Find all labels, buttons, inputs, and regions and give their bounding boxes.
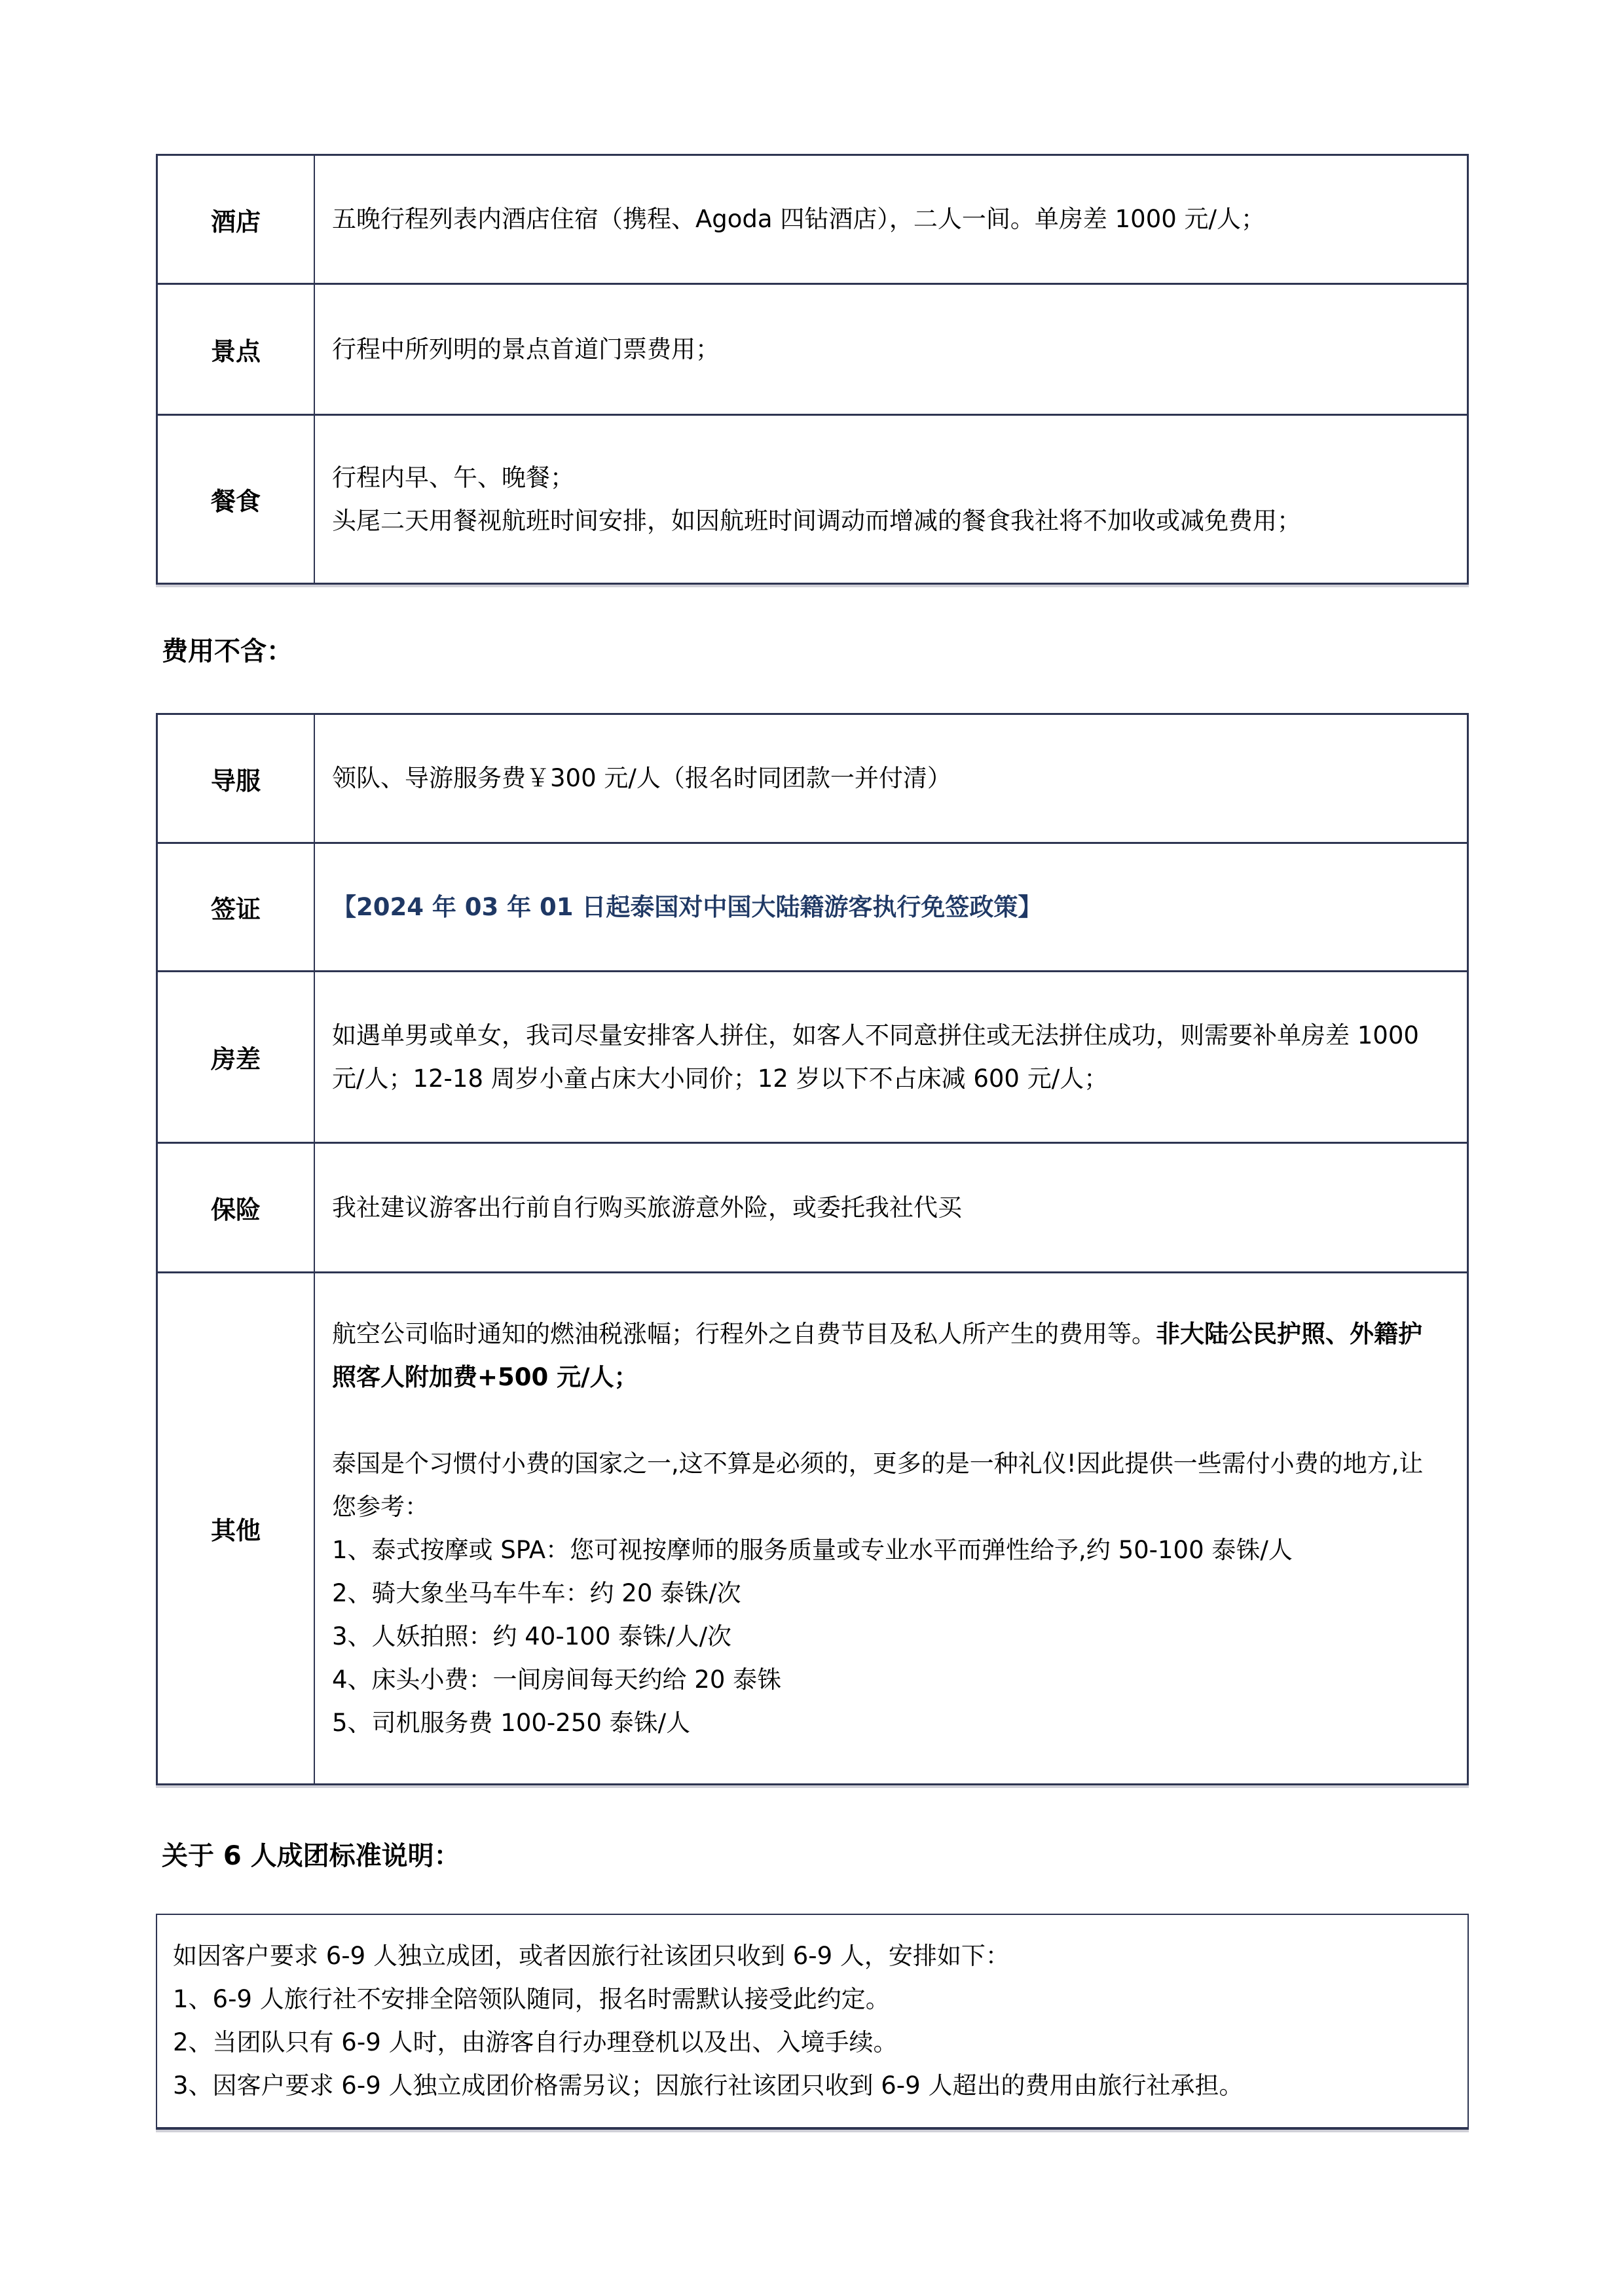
room-diff-row-label: 房差 (158, 972, 315, 1142)
table-row-other: 其他 航空公司临时通知的燃油税涨幅；行程外之自费节目及私人所产生的费用等。非大陆… (158, 1273, 1467, 1783)
included-fees-table: 酒店 五晚行程列表内酒店住宿（携程、Agoda 四钻酒店），二人一间。单房差 1… (156, 154, 1469, 585)
tip-item-2: 2、骑大象坐马车牛车：约 20 泰铢/次 (332, 1572, 1441, 1615)
meals-row-content: 行程内早、午、晚餐； 头尾二天用餐视航班时间安排，如因航班时间调动而增减的餐食我… (315, 416, 1467, 583)
excluded-fees-heading: 费用不含： (162, 633, 1469, 670)
group-box-line-4: 3、因客户要求 6-9 人独立成团价格需另议；因旅行社该团只收到 6-9 人超出… (173, 2064, 1441, 2107)
tip-item-1: 1、泰式按摩或 SPA：您可视按摩师的服务质量或专业水平而弹性给予,约 50-1… (332, 1529, 1441, 1572)
insurance-row-label: 保险 (158, 1144, 315, 1271)
table-row-insurance: 保险 我社建议游客出行前自行购买旅游意外险，或委托我社代买 (158, 1144, 1467, 1273)
tip-item-5: 5、司机服务费 100-250 泰铢/人 (332, 1702, 1441, 1745)
other-surcharge-normal-text: 航空公司临时通知的燃油税涨幅；行程外之自费节目及私人所产生的费用等。 (332, 1320, 1156, 1348)
room-diff-row-line: 如遇单男或单女，我司尽量安排客人拼住，如客人不同意拼住或无法拼住成功，则需要补单… (332, 1014, 1441, 1101)
guide-service-row-label: 导服 (158, 715, 315, 842)
table-row-room-diff: 房差 如遇单男或单女，我司尽量安排客人拼住，如客人不同意拼住或无法拼住成功，则需… (158, 972, 1467, 1144)
tipping-intro-paragraph: 泰国是个习惯付小费的国家之一,这不算是必须的，更多的是一种礼仪!因此提供一些需付… (332, 1442, 1441, 1529)
guide-service-row-content: 领队、导游服务费￥300 元/人（报名时同团款一并付清） (315, 715, 1467, 842)
attractions-row-content: 行程中所列明的景点首道门票费用； (315, 285, 1467, 414)
table-row-guide-service: 导服 领队、导游服务费￥300 元/人（报名时同团款一并付清） (158, 715, 1467, 844)
room-diff-row-content: 如遇单男或单女，我司尽量安排客人拼住，如客人不同意拼住或无法拼住成功，则需要补单… (315, 972, 1467, 1142)
attractions-row-label: 景点 (158, 285, 315, 414)
meals-row-line-1: 行程内早、午、晚餐； (332, 456, 1441, 500)
visa-row-label: 签证 (158, 844, 315, 970)
meals-row-label: 餐食 (158, 416, 315, 583)
document-content: 酒店 五晚行程列表内酒店住宿（携程、Agoda 四钻酒店），二人一间。单房差 1… (156, 154, 1469, 2130)
attractions-row-line: 行程中所列明的景点首道门票费用； (332, 328, 1441, 371)
visa-policy-text: 【2024 年 03 年 01 日起泰国对中国大陆籍游客执行免签政策】 (332, 886, 1441, 929)
hotel-row-label: 酒店 (158, 156, 315, 283)
group-standard-box: 如因客户要求 6-9 人独立成团，或者因旅行社该团只收到 6-9 人，安排如下：… (156, 1914, 1469, 2130)
guide-service-row-line: 领队、导游服务费￥300 元/人（报名时同团款一并付清） (332, 757, 1441, 800)
insurance-row-content: 我社建议游客出行前自行购买旅游意外险，或委托我社代买 (315, 1144, 1467, 1271)
insurance-row-line: 我社建议游客出行前自行购买旅游意外险，或委托我社代买 (332, 1186, 1441, 1230)
group-box-line-2: 1、6-9 人旅行社不安排全陪领队随同，报名时需默认接受此约定。 (173, 1978, 1441, 2021)
hotel-row-content: 五晚行程列表内酒店住宿（携程、Agoda 四钻酒店），二人一间。单房差 1000… (315, 156, 1467, 283)
document-page: 酒店 五晚行程列表内酒店住宿（携程、Agoda 四钻酒店），二人一间。单房差 1… (0, 0, 1624, 2296)
meals-row-line-2: 头尾二天用餐视航班时间安排，如因航班时间调动而增减的餐食我社将不加收或减免费用； (332, 500, 1441, 543)
tip-item-4: 4、床头小费：一间房间每天约给 20 泰铢 (332, 1658, 1441, 1702)
group-box-line-3: 2、当团队只有 6-9 人时，由游客自行办理登机以及出、入境手续。 (173, 2021, 1441, 2064)
group-box-line-1: 如因客户要求 6-9 人独立成团，或者因旅行社该团只收到 6-9 人，安排如下： (173, 1935, 1441, 1978)
excluded-fees-table: 导服 领队、导游服务费￥300 元/人（报名时同团款一并付清） 签证 【2024… (156, 713, 1469, 1785)
other-row-label: 其他 (158, 1273, 315, 1783)
table-row-attractions: 景点 行程中所列明的景点首道门票费用； (158, 285, 1467, 416)
group-standard-heading: 关于 6 人成团标准说明： (162, 1838, 1469, 1874)
visa-row-content: 【2024 年 03 年 01 日起泰国对中国大陆籍游客执行免签政策】 (315, 844, 1467, 970)
hotel-row-line: 五晚行程列表内酒店住宿（携程、Agoda 四钻酒店），二人一间。单房差 1000… (332, 198, 1441, 241)
table-row-meals: 餐食 行程内早、午、晚餐； 头尾二天用餐视航班时间安排，如因航班时间调动而增减的… (158, 416, 1467, 583)
other-row-content: 航空公司临时通知的燃油税涨幅；行程外之自费节目及私人所产生的费用等。非大陆公民护… (315, 1273, 1467, 1783)
other-surcharge-paragraph: 航空公司临时通知的燃油税涨幅；行程外之自费节目及私人所产生的费用等。非大陆公民护… (332, 1313, 1441, 1399)
table-row-hotel: 酒店 五晚行程列表内酒店住宿（携程、Agoda 四钻酒店），二人一间。单房差 1… (158, 156, 1467, 285)
tip-item-3: 3、人妖拍照：约 40-100 泰铢/人/次 (332, 1615, 1441, 1658)
table-row-visa: 签证 【2024 年 03 年 01 日起泰国对中国大陆籍游客执行免签政策】 (158, 844, 1467, 972)
